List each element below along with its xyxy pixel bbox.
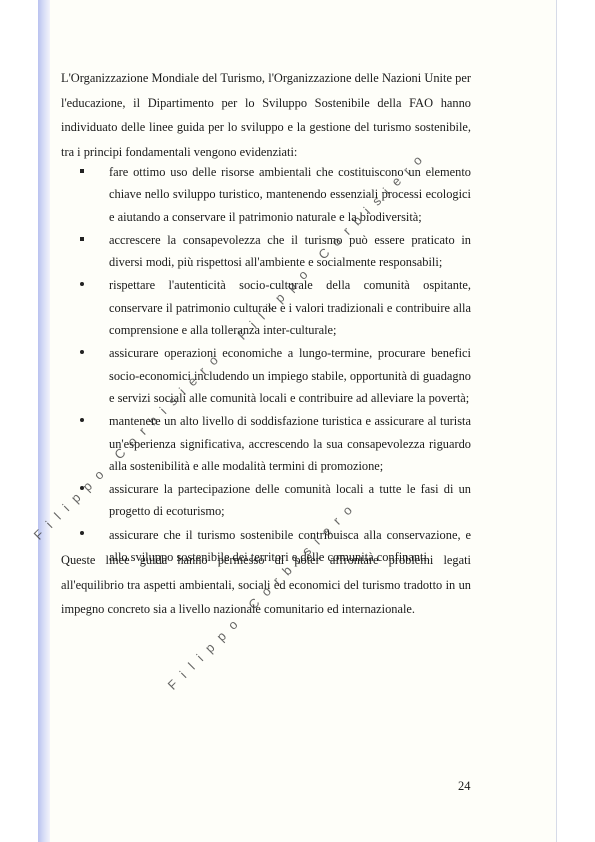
list-item: fare ottimo uso delle risorse ambientali… xyxy=(109,161,471,228)
square-bullet-icon xyxy=(77,229,87,251)
round-bullet-icon xyxy=(77,274,87,296)
closing-paragraph: Queste linee guida hanno permesso di pot… xyxy=(61,548,471,622)
list-item-text: rispettare l'autenticità socio-culturale… xyxy=(109,278,471,337)
list-item-text: assicurare la partecipazione delle comun… xyxy=(109,482,471,518)
list-item: assicurare operazioni economiche a lungo… xyxy=(109,342,471,409)
list-item-text: assicurare operazioni economiche a lungo… xyxy=(109,346,471,405)
list-item: mantenere un alto livello di soddisfazio… xyxy=(109,410,471,477)
round-bullet-icon xyxy=(77,524,87,546)
round-bullet-icon xyxy=(77,342,87,364)
list-item-text: mantenere un alto livello di soddisfazio… xyxy=(109,414,471,473)
list-item: assicurare la partecipazione delle comun… xyxy=(109,478,471,523)
list-item-text: accrescere la consapevolezza che il turi… xyxy=(109,233,471,269)
list-item: rispettare l'autenticità socio-culturale… xyxy=(109,274,471,341)
page-number: 24 xyxy=(458,779,471,794)
intro-paragraph: L'Organizzazione Mondiale del Turismo, l… xyxy=(61,66,471,164)
round-bullet-icon xyxy=(77,410,87,432)
list-item: accrescere la consapevolezza che il turi… xyxy=(109,229,471,274)
round-bullet-icon xyxy=(77,478,87,500)
square-bullet-icon xyxy=(77,161,87,183)
list-item-text: fare ottimo uso delle risorse ambientali… xyxy=(109,165,471,224)
principles-list: fare ottimo uso delle risorse ambientali… xyxy=(0,161,595,569)
